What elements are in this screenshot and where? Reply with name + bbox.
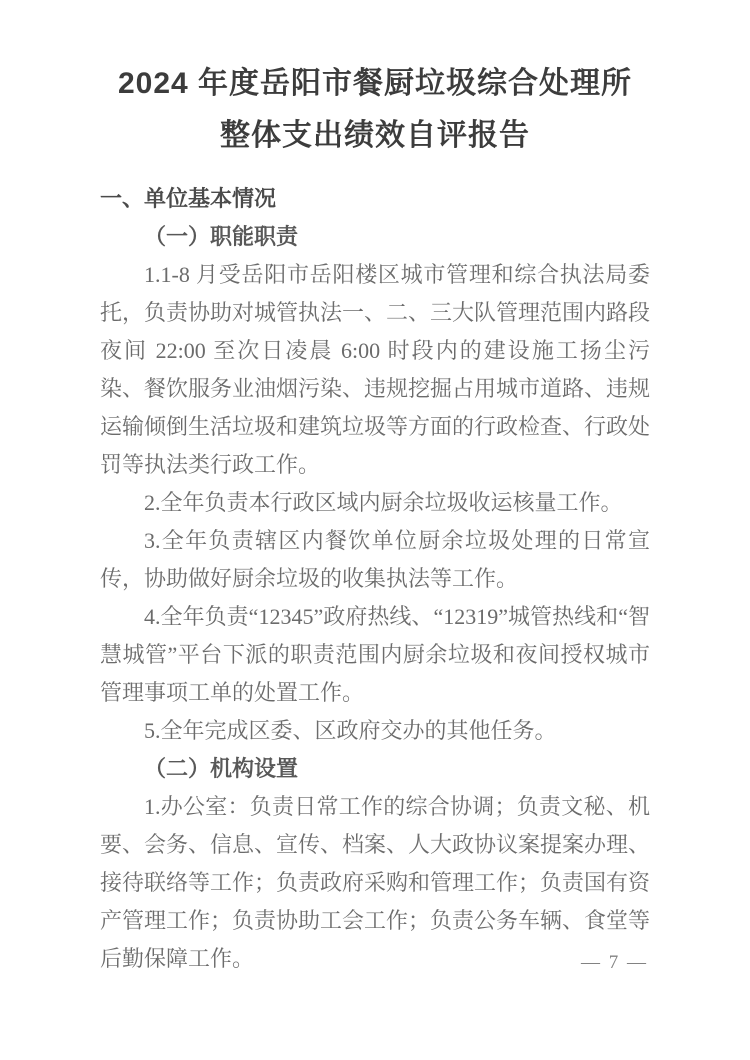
subsection-heading-1: （一）职能职责 [100,218,650,256]
paragraph-duty-3: 3.全年负责辖区内餐饮单位厨余垃圾处理的日常宣传，协助做好厨余垃圾的收集执法等工… [100,522,650,598]
page-number: — 7 — [581,952,648,974]
paragraph-duty-1: 1.1-8 月受岳阳市岳阳楼区城市管理和综合执法局委托，负责协助对城管执法一、二… [100,256,650,484]
paragraph-org-1: 1.办公室：负责日常工作的综合协调；负责文秘、机要、会务、信息、宣传、档案、人大… [100,788,650,978]
paragraph-duty-5: 5.全年完成区委、区政府交办的其他任务。 [100,712,650,750]
document-page: 2024 年度岳阳市餐厨垃圾综合处理所 整体支出绩效自评报告 一、单位基本情况 … [0,0,750,1060]
document-body: 一、单位基本情况 （一）职能职责 1.1-8 月受岳阳市岳阳楼区城市管理和综合执… [100,180,650,978]
page-title: 2024 年度岳阳市餐厨垃圾综合处理所 整体支出绩效自评报告 [100,58,650,162]
title-line-1: 2024 年度岳阳市餐厨垃圾综合处理所 [100,58,650,110]
subsection-heading-2: （二）机构设置 [100,750,650,788]
title-line-2: 整体支出绩效自评报告 [100,110,650,162]
paragraph-duty-2: 2.全年负责本行政区域内厨余垃圾收运核量工作。 [100,484,650,522]
section-heading-1: 一、单位基本情况 [100,180,650,218]
paragraph-duty-4: 4.全年负责“12345”政府热线、“12319”城管热线和“智慧城管”平台下派… [100,598,650,712]
